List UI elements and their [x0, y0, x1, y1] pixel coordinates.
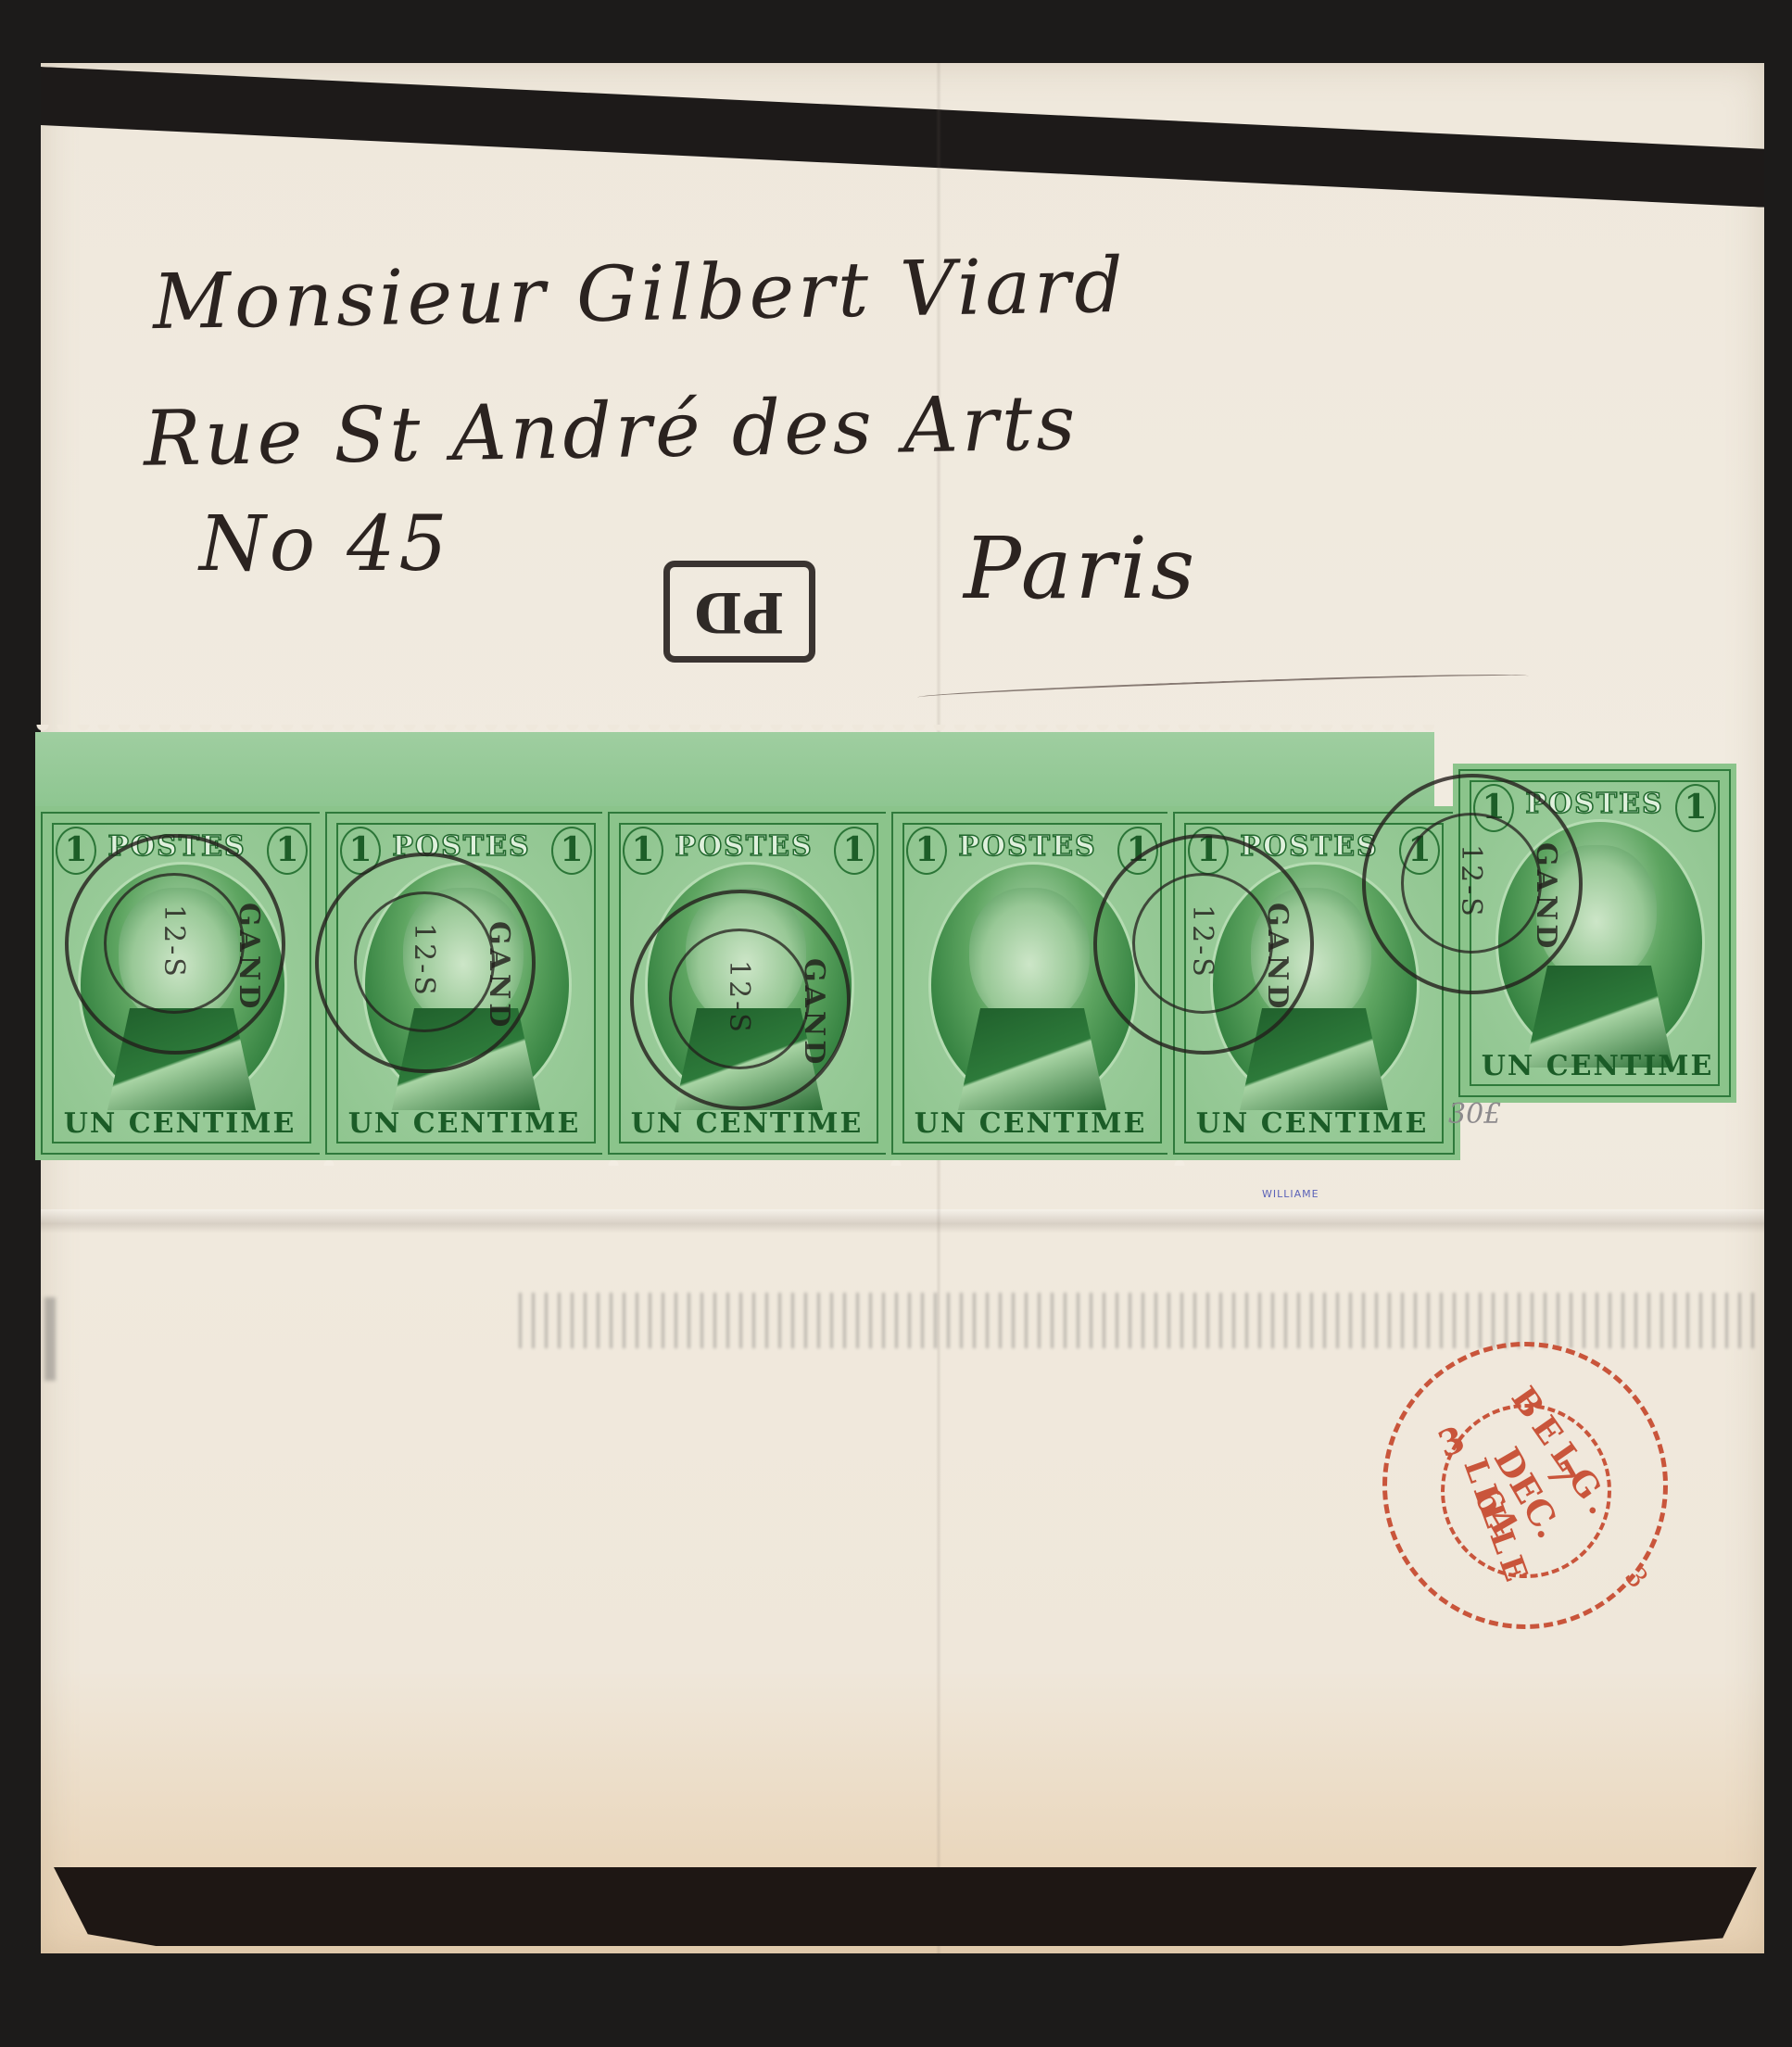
stamp-numeral-left: 1: [623, 827, 663, 875]
gand-cancellation: GAND12-S: [65, 834, 285, 1055]
sheet-margin-selvage: [35, 732, 1434, 816]
address-line-street: Rue St André des Arts: [143, 379, 1079, 484]
stamp-denomination: UN CENTIME: [628, 1107, 865, 1140]
offset-ink-left: [44, 1297, 56, 1381]
stamp-header: POSTES: [949, 830, 1106, 863]
stamp-numeral-right: 1: [1675, 784, 1716, 832]
stamp-denomination: UN CENTIME: [346, 1107, 583, 1140]
stamp-denomination: UN CENTIME: [1193, 1107, 1431, 1140]
cancel-time: 12-S: [408, 923, 440, 998]
stamp-denomination: UN CENTIME: [61, 1107, 298, 1140]
stamp-numeral-left: 1: [906, 827, 947, 875]
address-line-number: No 45: [199, 500, 451, 588]
stamp-numeral-left: 1: [56, 827, 96, 875]
stamp-numeral-right: 1: [551, 827, 592, 875]
gand-cancellation: GAND12-S: [1093, 834, 1314, 1055]
cancel-town: GAND: [483, 921, 515, 1030]
gand-cancellation: GAND12-S: [1362, 774, 1583, 994]
entry-datestamp-red: BELG. 3 LILLE 7 DEC. 64 3: [1382, 1342, 1668, 1629]
cancel-time: 12-S: [1455, 844, 1487, 919]
pencil-price-note: 30£: [1448, 1098, 1501, 1131]
cancel-town: GAND: [1261, 903, 1294, 1012]
cancel-time: 12-S: [158, 904, 190, 979]
portrait-icon: [969, 888, 1090, 1027]
stamp-denomination: UN CENTIME: [1479, 1050, 1716, 1082]
offset-ink-marks: [519, 1293, 1760, 1348]
pd-paid-handstamp: PD: [663, 561, 815, 663]
cancel-town: GAND: [798, 958, 830, 1068]
cancel-town: GAND: [233, 903, 265, 1012]
mourning-border-bottom: [54, 1867, 1757, 1946]
address-line-city: Paris: [964, 519, 1198, 618]
stamp-numeral-right: 1: [834, 827, 875, 875]
cancel-time: 12-S: [723, 960, 755, 1035]
address-line-name: Monsieur Gilbert Viard: [152, 242, 1127, 347]
cancel-time: 12-S: [1186, 904, 1218, 979]
portrait-uniform: [958, 1008, 1106, 1110]
cancel-town: GAND: [1530, 842, 1562, 952]
gand-cancellation: GAND12-S: [315, 853, 536, 1073]
stamp-header: POSTES: [665, 830, 823, 863]
entry-datestamp-route-number: 3: [1432, 1418, 1470, 1465]
stamp-numeral-right: 1: [267, 827, 308, 875]
stamp-denomination: UN CENTIME: [912, 1107, 1149, 1140]
expert-signature-mark: WILLIAME: [1262, 1188, 1319, 1200]
horizontal-fold: [41, 1209, 1764, 1233]
gand-cancellation: GAND12-S: [630, 890, 851, 1110]
